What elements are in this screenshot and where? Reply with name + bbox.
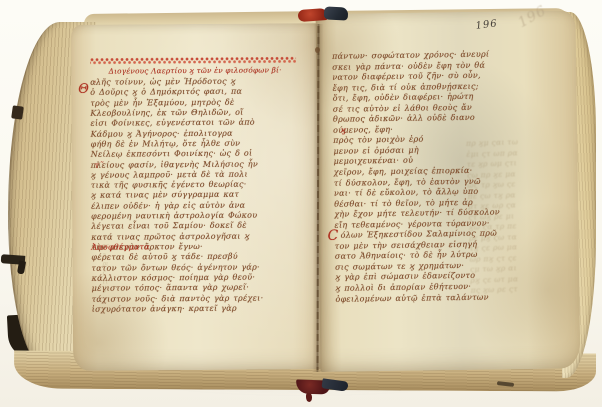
left-text-column: Διογένους Λαερτίου ϗ τῶν ἐν φιλοσόφων βί… xyxy=(90,56,300,77)
rubric-title-diogenes-laertius: Διογένους Λαερτίου ϗ τῶν ἐν φιλοσόφων βί… xyxy=(90,64,300,77)
left-page-verso: Διογένους Λαερτίου ϗ τῶν ἐν φιλοσόφων βί… xyxy=(71,23,323,371)
rubric-initial-theta: Θ xyxy=(78,82,89,97)
folio-number-ghost-pencil: 196 xyxy=(516,3,550,31)
left-page-text-lines: αλῆς τοίνυν, ὡς μὲν Ἡρόδοτος ϗ ·ὁ Δοῦρις… xyxy=(90,78,92,315)
leather-bookmark-tab-upper xyxy=(11,105,24,119)
rubric-initial-sigma: Ϲ xyxy=(327,228,338,244)
headband-top xyxy=(296,5,354,25)
right-text-column: πάντων· σοφώτατον χρόνος· ἀνευρίσκει γὰρ… xyxy=(332,49,530,52)
manuscript-photo: Διογένους Λαερτίου ϗ τῶν ἐν φιλοσόφων βί… xyxy=(0,0,602,407)
tailband-red-tip xyxy=(306,393,312,402)
right-page-text-lines: πάντων· σοφώτατον χρόνος· ἀνευρίσκει γὰρ… xyxy=(332,52,342,305)
tailband-bottom xyxy=(290,374,356,404)
gutter-stitch-dot xyxy=(315,47,320,53)
headband-dark-thread xyxy=(324,6,349,20)
rubric-chain-band-ornament xyxy=(90,56,296,64)
right-page-recto: 196 196 πρ ϗμ ςαι τωἐμι ςτ ωπ ρατε ϗρ ωμ… xyxy=(316,10,581,372)
folio-number: 196 xyxy=(475,18,498,32)
